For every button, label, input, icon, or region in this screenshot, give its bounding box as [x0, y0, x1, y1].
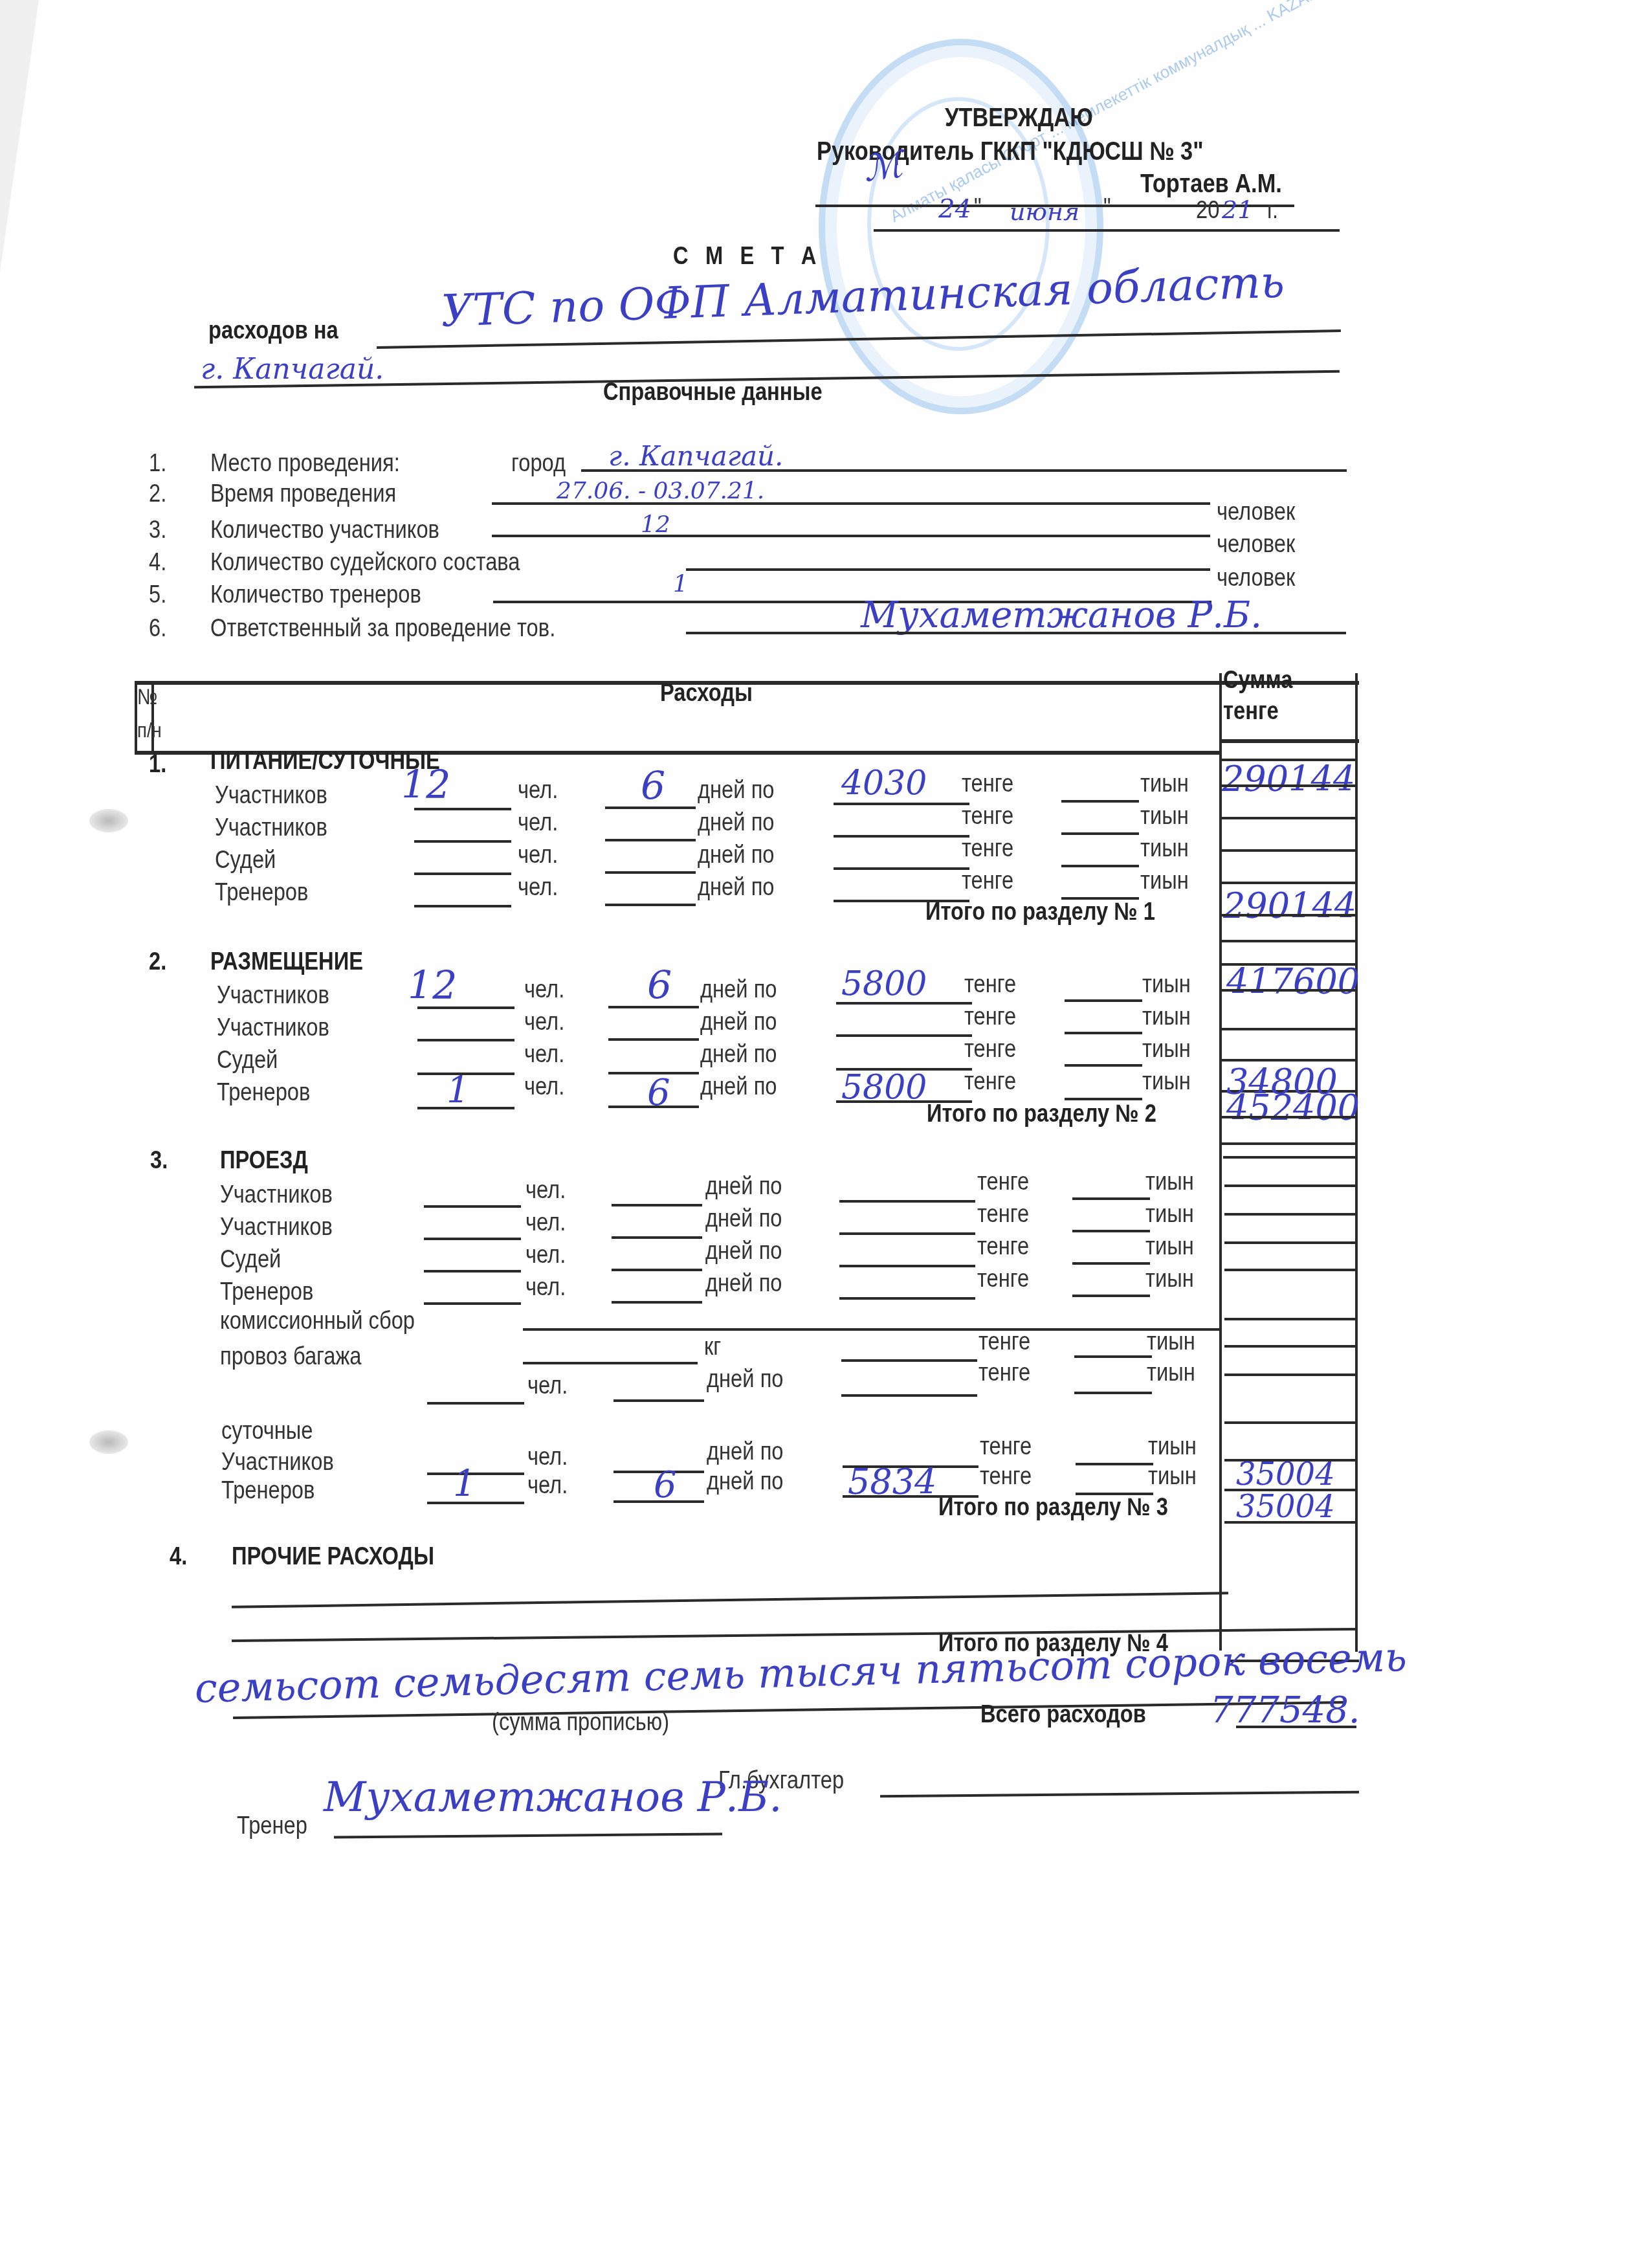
unit-people: чел.: [527, 1372, 568, 1400]
blank-line: [1072, 1262, 1150, 1265]
blank-line: [427, 1502, 524, 1504]
blank-line: [834, 867, 969, 870]
blank-line: [1065, 1064, 1142, 1067]
sum-cell-line: [1222, 882, 1355, 884]
blank-line: [417, 1107, 514, 1109]
blank-line: [1061, 832, 1139, 835]
col-num-2: п/н: [137, 718, 162, 742]
unit-tiyn: тиын: [1145, 1168, 1194, 1196]
blank-line: [424, 1270, 521, 1273]
blank-line: [414, 905, 511, 907]
unit-people: чел.: [525, 1177, 566, 1205]
row-people: 12: [401, 762, 450, 808]
unit-tiyn: тиын: [1140, 835, 1189, 863]
sum-cell-line: [1224, 1213, 1358, 1216]
row-label: Тренеров: [220, 1278, 313, 1306]
ref-num: 4.: [149, 549, 166, 577]
row-sum: 35004: [1236, 1456, 1335, 1493]
sum-cell-line: [1224, 1318, 1358, 1320]
row-people: 12: [408, 963, 457, 1008]
blank-line: [608, 1106, 699, 1108]
ref-line: [492, 502, 1210, 505]
unit-days: дней по: [705, 1205, 782, 1233]
blank-line: [608, 1038, 699, 1041]
blank-line: [1076, 1463, 1153, 1465]
blank-line: [1061, 800, 1139, 803]
blank-line: [232, 1592, 1228, 1608]
unit-tiyn: тиын: [1147, 1359, 1195, 1387]
ref-unit: человек: [1217, 564, 1295, 592]
unit-days: дней по: [698, 777, 775, 805]
unit-tenge: тенге: [978, 1359, 1030, 1387]
ref-label: Количество судейского состава: [210, 549, 520, 577]
expenses-for-value-2: г. Капчагай.: [201, 353, 384, 386]
blank-line: [841, 1359, 977, 1362]
unit-tenge: тенге: [962, 867, 1013, 895]
sum-column-left: [1219, 673, 1222, 1651]
unit-people: чел.: [527, 1443, 568, 1471]
sum-cell-line: [1223, 1156, 1356, 1159]
ref-num: 2.: [149, 480, 166, 508]
grand-total-label: Всего расходов: [980, 1701, 1146, 1729]
unit-people: чел.: [518, 777, 558, 805]
section-num: 1.: [149, 751, 166, 779]
blank-line: [839, 1200, 975, 1203]
grand-total-line: [1236, 1726, 1356, 1728]
sum-cell-line: [1224, 1241, 1358, 1244]
unit-days: дней по: [707, 1438, 784, 1466]
year-suffix: г.: [1267, 197, 1278, 225]
section-num: 2.: [149, 948, 166, 976]
blank-line: [1072, 1295, 1150, 1297]
year-value: 21: [1222, 195, 1253, 224]
year-prefix: 20: [1196, 197, 1219, 225]
row-label: Участников: [215, 782, 327, 810]
row-label: Участников: [215, 814, 327, 842]
unit-days: дней по: [698, 874, 775, 902]
ref-label: Место проведения:: [210, 450, 400, 478]
date-quote: ": [974, 194, 982, 222]
blank-line: [424, 1302, 521, 1305]
expenses-for-label: расходов на: [208, 317, 338, 345]
unit-tiyn: тиын: [1140, 770, 1189, 798]
blank-line: [424, 1238, 521, 1240]
row-label: Участников: [217, 982, 329, 1010]
blank-line: [612, 1301, 702, 1304]
unit-people: чел.: [524, 1008, 564, 1036]
unit-tenge: тенге: [980, 1463, 1032, 1491]
unit-people: чел.: [524, 1041, 564, 1069]
date-month: июня: [1010, 197, 1079, 226]
unit-days: дней по: [700, 1008, 777, 1036]
unit-days: дней по: [705, 1173, 782, 1201]
col-num-1: №: [137, 685, 157, 710]
section-title: РАЗМЕЩЕНИЕ: [210, 948, 363, 976]
blank-line: [605, 806, 696, 809]
blank-line: [612, 1204, 702, 1206]
blank-line: [414, 808, 511, 810]
section-total-label: Итого по разделу № 2: [927, 1100, 1156, 1128]
row-label: Участников: [217, 1014, 329, 1042]
col-sum-1: Сумма: [1223, 667, 1292, 695]
reference-title: Справочные данные: [603, 379, 823, 406]
blank-line: [836, 1034, 972, 1037]
section-total: 452400: [1226, 1087, 1360, 1128]
ref-line: [492, 535, 1210, 537]
section-title: ПРОЕЗД: [220, 1147, 308, 1175]
blank-line: [834, 803, 969, 805]
row-label: Тренеров: [217, 1079, 310, 1107]
unit-people: чел.: [518, 874, 558, 902]
blank-line: [523, 1328, 1222, 1331]
ref-label: Количество тренеров: [210, 581, 421, 609]
unit-tiyn: тиын: [1145, 1233, 1194, 1261]
row-sum: 417600: [1226, 961, 1360, 1002]
trainer-signature: Мухаметжанов Р.Б.: [324, 1773, 782, 1821]
unit-tenge: тенге: [964, 971, 1016, 999]
unit-people: чел.: [524, 1073, 564, 1101]
unit-tiyn: тиын: [1142, 1068, 1191, 1096]
blank-line: [427, 1402, 524, 1405]
unit-days: дней по: [698, 809, 775, 837]
blank-line: [1072, 1230, 1150, 1232]
row-label: Судей: [215, 847, 276, 874]
ref-place-value: г. Капчагай.: [608, 440, 783, 472]
unit-people: чел.: [524, 976, 564, 1004]
ref-label: Количество участников: [210, 517, 439, 544]
unit-tiyn: тиын: [1142, 971, 1191, 999]
blank-line: [1072, 1197, 1150, 1200]
ref-unit: человек: [1217, 498, 1295, 526]
blank-line: [608, 1006, 699, 1008]
unit-tenge: тенге: [977, 1201, 1029, 1228]
sum-cell-line: [1222, 1142, 1355, 1145]
col-expenses: Расходы: [660, 680, 753, 707]
row-days: 6: [647, 963, 672, 1008]
trainer-signature-line: [334, 1832, 722, 1838]
ref-num: 1.: [149, 450, 166, 478]
blank-line: [605, 839, 696, 841]
date-line: [874, 229, 1340, 232]
ref-line: [686, 568, 1210, 571]
unit-days: дней по: [700, 1073, 777, 1101]
ref-sublabel: город: [511, 450, 566, 478]
sum-cell-line: [1222, 989, 1355, 992]
ref-num: 5.: [149, 581, 166, 609]
section-total-label: Итого по разделу № 3: [938, 1494, 1168, 1522]
unit-kg: кг: [704, 1333, 721, 1361]
blank-line: [1074, 1355, 1152, 1358]
ref-line: [686, 632, 1346, 634]
sum-cell-line: [1222, 849, 1355, 852]
blank-line: [1065, 999, 1142, 1002]
unit-tenge: тенге: [977, 1265, 1029, 1293]
per-diem-label: суточные: [221, 1417, 313, 1445]
punch-hole: [89, 1430, 128, 1454]
row-label: Судей: [220, 1246, 281, 1274]
baggage-label: провоз багажа: [220, 1343, 361, 1371]
unit-tenge: тенге: [962, 803, 1013, 830]
col-sum-2: тенге: [1223, 698, 1279, 726]
unit-days: дней по: [707, 1468, 784, 1496]
row-label: Тренеров: [215, 879, 308, 907]
row-label: Участников: [220, 1181, 333, 1209]
ref-line: [581, 469, 1347, 472]
row-rate: 4030: [841, 764, 927, 803]
punch-hole: [89, 809, 128, 832]
row-sum: 290144: [1222, 759, 1355, 799]
unit-tiyn: тиын: [1147, 1328, 1195, 1356]
unit-days: дней по: [700, 976, 777, 1004]
row-people: 1: [453, 1463, 476, 1505]
blank-line: [424, 1205, 521, 1208]
blank-line: [839, 1232, 975, 1235]
unit-tenge: тенге: [977, 1168, 1029, 1196]
unit-tiyn: тиын: [1142, 1036, 1191, 1063]
blank-line: [414, 873, 511, 875]
sum-in-words-caption: (сумма прописью): [492, 1709, 669, 1737]
unit-days: дней по: [707, 1366, 784, 1394]
page-fold: [0, 0, 39, 272]
blank-line: [839, 1265, 975, 1267]
director-signature: ℳ: [861, 144, 905, 191]
blank-line: [613, 1399, 704, 1402]
unit-days: дней по: [705, 1238, 782, 1265]
unit-tiyn: тиын: [1145, 1201, 1194, 1228]
row-label: Участников: [221, 1449, 334, 1476]
commission-label: комиссионный сбор: [220, 1307, 415, 1335]
unit-people: чел.: [518, 809, 558, 837]
unit-people: чел.: [525, 1274, 566, 1302]
row-days: 6: [641, 764, 665, 809]
unit-tiyn: тиын: [1140, 803, 1189, 830]
sum-cell-line: [1224, 1184, 1358, 1187]
unit-people: чел.: [525, 1241, 566, 1269]
sum-cell-line: [1222, 1028, 1355, 1030]
ref-responsible-value: Мухаметжанов Р.Б.: [861, 594, 1262, 636]
blank-line: [414, 840, 511, 843]
document-title: С М Е Т А: [673, 243, 822, 271]
sum-cell-line: [1224, 1373, 1358, 1376]
ref-label: Ответственный за проведение тов.: [210, 615, 555, 643]
date-quote: ": [1103, 194, 1111, 222]
blank-line: [1074, 1392, 1152, 1394]
section-total: 290144: [1223, 885, 1356, 926]
unit-tenge: тенге: [980, 1433, 1032, 1461]
ref-num: 6.: [149, 615, 166, 643]
section-num: 3.: [150, 1147, 168, 1175]
blank-line: [523, 1362, 698, 1364]
unit-tenge: тенге: [964, 1068, 1016, 1096]
unit-days: дней по: [698, 841, 775, 869]
sum-column-right: [1355, 673, 1358, 1652]
ref-num: 3.: [149, 517, 166, 544]
unit-tiyn: тиын: [1148, 1433, 1197, 1461]
row-label: Участников: [220, 1214, 333, 1241]
ref-trainers-value: 1: [673, 571, 688, 597]
blank-line: [613, 1500, 704, 1503]
blank-line: [834, 835, 969, 838]
sum-cell-line: [1222, 914, 1355, 917]
blank-line: [605, 871, 696, 874]
section-total-label: Итого по разделу № 1: [925, 898, 1155, 926]
unit-people: чел.: [527, 1472, 568, 1500]
unit-tiyn: тиын: [1140, 867, 1189, 895]
unit-tenge: тенге: [964, 1003, 1016, 1031]
approval-title: УТВЕРЖДАЮ: [945, 104, 1093, 133]
sum-cell-line: [1222, 1116, 1355, 1118]
row-people: 1: [447, 1069, 470, 1111]
unit-people: чел.: [518, 841, 558, 869]
ref-unit: человек: [1217, 531, 1295, 559]
sum-cell-line: [1222, 817, 1355, 819]
blank-line: [605, 904, 696, 906]
unit-tiyn: тиын: [1142, 1003, 1191, 1031]
blank-line: [1061, 865, 1139, 867]
sum-cell-line: [1224, 1521, 1358, 1524]
unit-tenge: тенге: [962, 770, 1013, 798]
estimate-document: Алматы қаласы Спорт ... мемлекеттік комм…: [0, 0, 1636, 2268]
unit-days: дней по: [700, 1041, 777, 1069]
section-total: 35004: [1236, 1489, 1335, 1525]
row-label: Судей: [217, 1047, 278, 1074]
unit-people: чел.: [525, 1209, 566, 1237]
unit-tenge: тенге: [977, 1233, 1029, 1261]
sum-cell-line: [1224, 1345, 1358, 1348]
blank-line: [417, 1006, 514, 1009]
blank-line: [839, 1297, 975, 1300]
accountant-signature-line: [880, 1791, 1359, 1797]
row-label: Тренеров: [221, 1477, 315, 1505]
unit-tenge: тенге: [978, 1328, 1030, 1356]
blank-line: [612, 1269, 702, 1271]
blank-line: [612, 1236, 702, 1239]
sum-cell-line: [1222, 940, 1355, 942]
unit-days: дней по: [705, 1270, 782, 1298]
date-day: 24: [938, 194, 971, 224]
blank-line: [1065, 1032, 1142, 1034]
ref-time-value: 27.06. - 03.07.21.: [557, 478, 764, 504]
ref-participants-value: 12: [641, 511, 670, 538]
blank-line: [417, 1039, 514, 1041]
unit-tenge: тенге: [964, 1036, 1016, 1063]
table-header-bottom-sum: [1222, 739, 1359, 743]
trainer-label: Тренер: [237, 1812, 307, 1840]
approval-name: Тортаев А.М.: [1140, 170, 1282, 199]
sum-cell-line: [1222, 784, 1355, 787]
section-num: 4.: [170, 1543, 187, 1571]
sum-cell-line: [1224, 1421, 1358, 1424]
row-rate: 5800: [841, 964, 927, 1003]
unit-tiyn: тиын: [1145, 1265, 1194, 1293]
unit-tenge: тенге: [962, 835, 1013, 863]
ref-label: Время проведения: [210, 480, 396, 508]
blank-line: [836, 1002, 972, 1005]
unit-tiyn: тиын: [1148, 1463, 1197, 1491]
blank-line: [841, 1394, 977, 1397]
sum-cell-line: [1224, 1269, 1358, 1271]
section-title: ПРОЧИЕ РАСХОДЫ: [232, 1543, 434, 1571]
